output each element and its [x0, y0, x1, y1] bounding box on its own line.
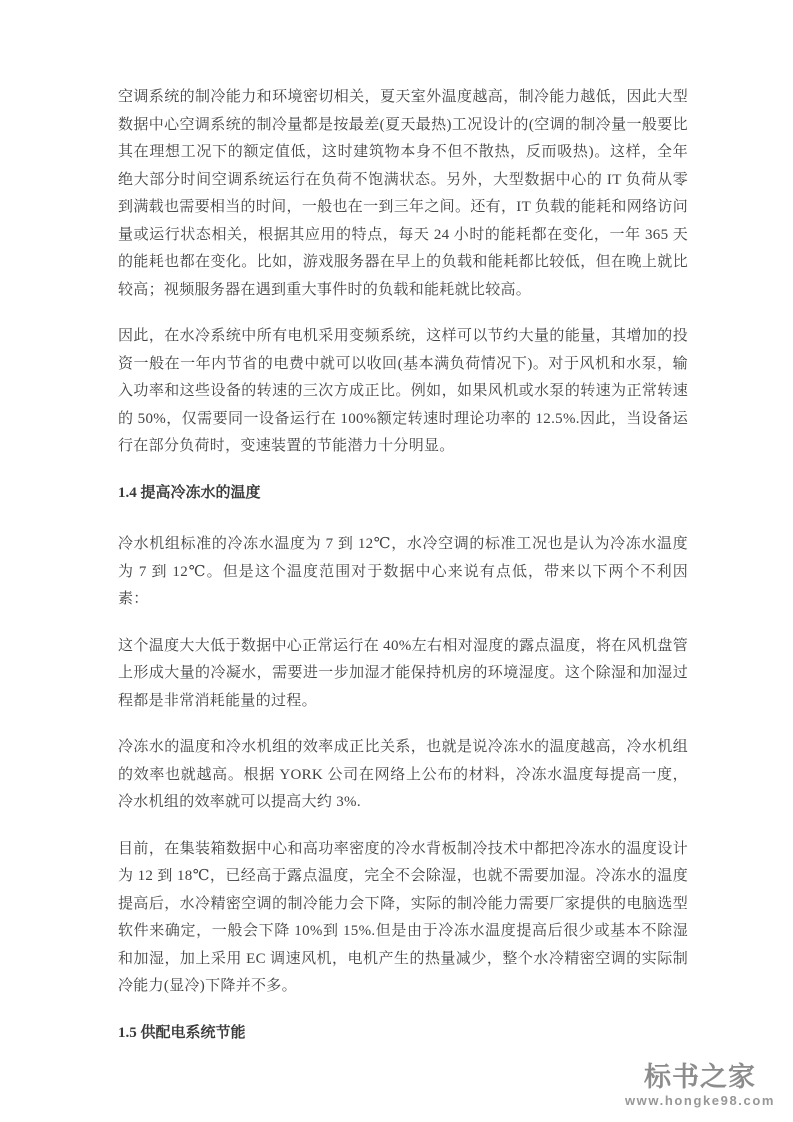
- document-page: 空调系统的制冷能力和环境密切相关，夏天室外温度越高，制冷能力越低，因此大型数据中…: [0, 0, 793, 1122]
- section-heading-1-5: 1.5 供配电系统节能: [118, 1020, 688, 1048]
- section-heading-1-4: 1.4 提高冷冻水的温度: [118, 480, 688, 508]
- watermark-logo: 标书之家: [615, 1062, 785, 1092]
- paragraph-container-datacenter: 目前，在集装箱数据中心和高功率密度的冷水背板制冷技术中都把冷冻水的温度设计为 1…: [118, 836, 688, 1001]
- paragraph-chiller-efficiency: 冷冻水的温度和冷水机组的效率成正比关系，也就是说冷冻水的温度越高，冷水机组的效率…: [118, 734, 688, 817]
- paragraph-variable-frequency: 因此，在水冷系统中所有电机采用变频系统，这样可以节约大量的能量，其增加的投资一般…: [118, 323, 688, 461]
- paragraph-chilled-water-standard: 冷水机组标准的冷冻水温度为 7 到 12℃，水冷空调的标准工况也是认为冷冻水温度…: [118, 531, 688, 614]
- watermark-url: www.hongke98.com: [615, 1093, 785, 1109]
- paragraph-cooling-capacity: 空调系统的制冷能力和环境密切相关，夏天室外温度越高，制冷能力越低，因此大型数据中…: [118, 84, 688, 304]
- paragraph-dew-point: 这个温度大大低于数据中心正常运行在 40%左右相对湿度的露点温度，将在风机盘管上…: [118, 633, 688, 716]
- watermark: 标书之家 www.hongke98.com: [615, 1062, 785, 1109]
- document-body: 空调系统的制冷能力和环境密切相关，夏天室外温度越高，制冷能力越低，因此大型数据中…: [118, 84, 688, 1071]
